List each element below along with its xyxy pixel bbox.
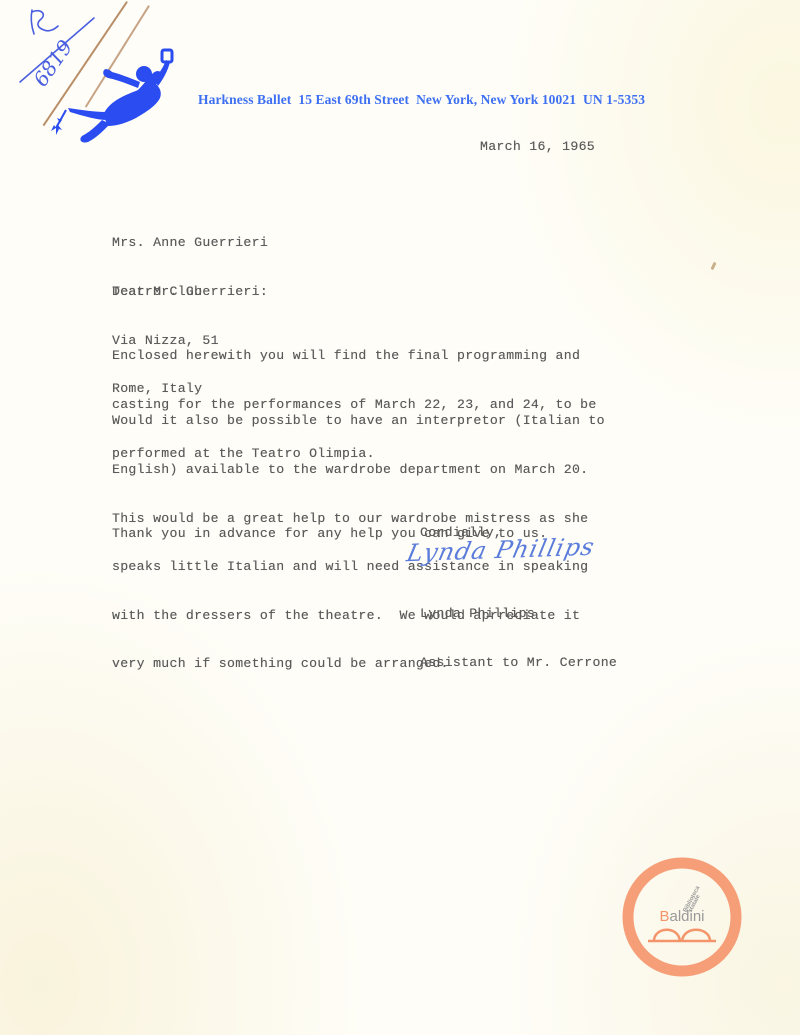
signer-title: Assistant to Mr. Cerrone	[420, 655, 617, 671]
handwritten-annotation: 6819	[10, 0, 120, 100]
stamp-initial: B	[659, 908, 669, 925]
letter-date: March 16, 1965	[480, 139, 595, 155]
signer-block: Lynda Phillips Assistant to Mr. Cerrone	[420, 574, 617, 704]
salutation: Dear Mr. Guerrieri:	[112, 284, 268, 300]
letterhead: Harkness Ballet 15 East 69th Street New …	[198, 92, 645, 108]
stray-mark	[710, 262, 716, 271]
letterhead-organization: Harkness Ballet	[198, 92, 291, 107]
signer-name: Lynda Phillips	[420, 606, 617, 622]
stamp-name-rest: aldini	[669, 908, 704, 925]
svg-text:Baldini: Baldini	[659, 908, 704, 925]
recipient-line: Mrs. Anne Guerrieri	[112, 235, 268, 251]
paragraph-line: Would it also be possible to have an int…	[112, 413, 605, 429]
letterhead-city: New York, New York 10021	[416, 92, 576, 107]
paragraph-line: English) available to the wardrobe depar…	[112, 462, 605, 478]
letterhead-address: 15 East 69th Street	[298, 92, 409, 107]
paragraph-line: Enclosed herewith you will find the fina…	[112, 348, 597, 364]
library-stamp: Biblioteca statale Baldini	[620, 855, 744, 979]
letterhead-phone: UN 1-5353	[583, 92, 645, 107]
svg-text:6819: 6819	[28, 35, 77, 91]
letter-page: 6819 Harkness Ballet 15 East 69th Street…	[0, 0, 800, 1035]
